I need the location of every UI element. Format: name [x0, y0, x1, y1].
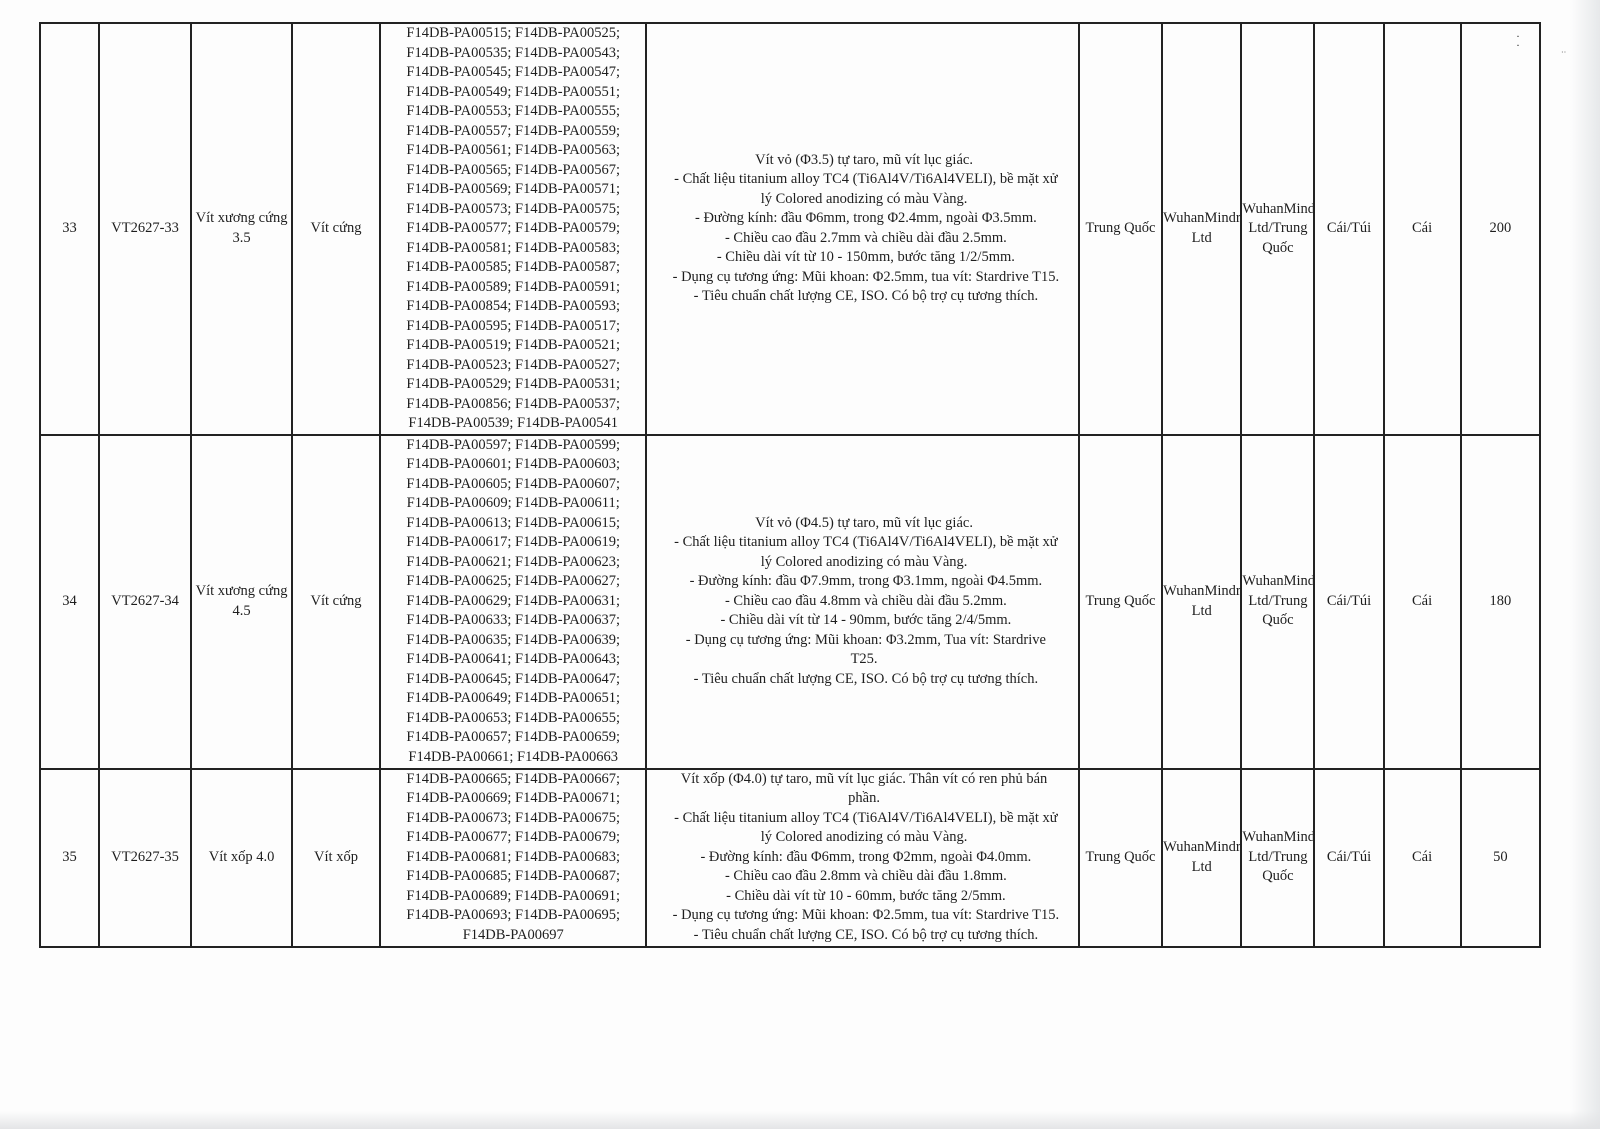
text-line: Vít vỏ (Φ4.5) tự taro, mũ vít lục giác. [650, 514, 1078, 534]
text-line: F14DB-PA00677; F14DB-PA00679; [381, 828, 645, 848]
text-line: - Đường kính: đầu Φ6mm, trong Φ2mm, ngoà… [650, 848, 1078, 868]
text-line: F14DB-PA00854; F14DB-PA00593; [381, 297, 645, 317]
manufacturer-lines: WuhanMindrayScientificCo., Ltd [1163, 209, 1240, 248]
table-row: 33 VT2627-33 Vít xương cứng 3.5 Vít cứng… [40, 23, 1540, 435]
catalog-codes: F14DB-PA00515; F14DB-PA00525;F14DB-PA005… [380, 23, 646, 435]
text-line: F14DB-PA00673; F14DB-PA00675; [381, 809, 645, 829]
scan-edge-shadow-right [1570, 0, 1600, 1129]
description-lines: Vít vỏ (Φ3.5) tự taro, mũ vít lục giác. … [650, 151, 1078, 307]
text-line: - Chiều dài vít từ 10 - 150mm, bước tăng… [650, 248, 1078, 268]
group-text: Vít xốp [314, 849, 358, 865]
text-line: F14DB-PA00561; F14DB-PA00563; [381, 141, 645, 161]
quantity: 180 [1461, 435, 1540, 769]
text-line: F14DB-PA00535; F14DB-PA00543; [381, 44, 645, 64]
group-text: Vít cứng [311, 220, 362, 236]
text-line: F14DB-PA00519; F14DB-PA00521; [381, 336, 645, 356]
text-line: Wuhan [1242, 573, 1283, 589]
text-line: F14DB-PA00617; F14DB-PA00619; [381, 533, 645, 553]
text-line: - Chất liệu titanium alloy TC4 (Ti6Al4V/… [650, 170, 1078, 190]
quantity-text: 200 [1489, 220, 1511, 236]
text-line: F14DB-PA00621; F14DB-PA00623; [381, 553, 645, 573]
packing-spec: Cái/Túi [1314, 23, 1383, 435]
text-line: F14DB-PA00649; F14DB-PA00651; [381, 689, 645, 709]
text-line: F14DB-PA00689; F14DB-PA00691; [381, 887, 645, 907]
no-text: 33 [62, 220, 77, 236]
text-line: Mindray [1204, 583, 1241, 599]
no-text: 34 [62, 593, 77, 609]
text-line: F14DB-PA00597; F14DB-PA00599; [381, 436, 645, 456]
description-lines: Vít xốp (Φ4.0) tự taro, mũ vít lục giác.… [650, 770, 1078, 946]
unit-text: Cái [1412, 849, 1432, 865]
description-lines: Vít vỏ (Φ4.5) tự taro, mũ vít lục giác. … [650, 514, 1078, 690]
item-name: Vít xốp 4.0 [191, 769, 292, 947]
origin-text: Trung Quốc [1086, 849, 1156, 865]
text-line: F14DB-PA00585; F14DB-PA00587; [381, 258, 645, 278]
text-line: F14DB-PA00645; F14DB-PA00647; [381, 670, 645, 690]
text-line: - Tiêu chuẩn chất lượng CE, ISO. Có bộ t… [650, 926, 1078, 946]
owner-lines: WuhanMindrayScientificCo., Ltd/Trung Quố… [1242, 572, 1313, 631]
text-line: F14DB-PA00693; F14DB-PA00695; [381, 906, 645, 926]
text-line: F14DB-PA00609; F14DB-PA00611; [381, 494, 645, 514]
text-line: - Chất liệu titanium alloy TC4 (Ti6Al4V/… [650, 809, 1078, 829]
text-line: Mindray [1284, 201, 1315, 217]
table-row: 35 VT2627-35 Vít xốp 4.0 Vít xốp F14DB-P… [40, 769, 1540, 947]
text-line: F14DB-PA00635; F14DB-PA00639; [381, 631, 645, 651]
catalog-codes: F14DB-PA00665; F14DB-PA00667;F14DB-PA006… [380, 769, 646, 947]
product-owner: WuhanMindrayScientificCo., Ltd/Trung Quố… [1241, 769, 1314, 947]
text-line: lý Colored anodizing có màu Vàng. [650, 190, 1078, 210]
manufacturer-lines: WuhanMindrayScientificCo., Ltd [1163, 838, 1240, 877]
item-group: Vít cứng [292, 23, 380, 435]
packing-text: Cái/Túi [1327, 849, 1371, 865]
table-row: 34 VT2627-34 Vít xương cứng 4.5 Vít cứng… [40, 435, 1540, 769]
scan-speck-mark: ·· [1561, 48, 1566, 57]
text-line: F14DB-PA00629; F14DB-PA00631; [381, 592, 645, 612]
quantity-text: 50 [1493, 849, 1508, 865]
text-line: F14DB-PA00557; F14DB-PA00559; [381, 122, 645, 142]
item-group: Vít cứng [292, 435, 380, 769]
technical-description: Vít vỏ (Φ3.5) tự taro, mũ vít lục giác. … [646, 23, 1079, 435]
text-line: Wuhan [1163, 583, 1204, 599]
text-line: F14DB-PA00581; F14DB-PA00583; [381, 239, 645, 259]
quantity: 50 [1461, 769, 1540, 947]
text-line: F14DB-PA00633; F14DB-PA00637; [381, 611, 645, 631]
text-line: F14DB-PA00589; F14DB-PA00591; [381, 278, 645, 298]
text-line: lý Colored anodizing có màu Vàng. [650, 553, 1078, 573]
name-text: Vít xương cứng 4.5 [196, 583, 288, 619]
country-of-origin: Trung Quốc [1079, 23, 1162, 435]
manufacturer: WuhanMindrayScientificCo., Ltd [1162, 435, 1241, 769]
item-name: Vít xương cứng 4.5 [191, 435, 292, 769]
text-line: Wuhan [1242, 829, 1283, 845]
text-line: T25. [650, 650, 1078, 670]
unit: Cái [1384, 769, 1461, 947]
scan-edge-shadow-bottom [0, 1111, 1600, 1129]
text-line: Mindray [1284, 829, 1315, 845]
quantity: 200 [1461, 23, 1540, 435]
text-line: F14DB-PA00665; F14DB-PA00667; [381, 770, 645, 790]
catalog-codes: F14DB-PA00597; F14DB-PA00599;F14DB-PA006… [380, 435, 646, 769]
unit-text: Cái [1412, 593, 1432, 609]
country-of-origin: Trung Quốc [1079, 435, 1162, 769]
technical-description: Vít vỏ (Φ4.5) tự taro, mũ vít lục giác. … [646, 435, 1079, 769]
text-line: F14DB-PA00569; F14DB-PA00571; [381, 180, 645, 200]
unit: Cái [1384, 23, 1461, 435]
unit-text: Cái [1412, 220, 1432, 236]
text-line: F14DB-PA00657; F14DB-PA00659; [381, 728, 645, 748]
text-line: - Chiều dài vít từ 10 - 60mm, bước tăng … [650, 887, 1078, 907]
text-line: F14DB-PA00573; F14DB-PA00575; [381, 200, 645, 220]
text-line: F14DB-PA00856; F14DB-PA00537; [381, 395, 645, 415]
catalog-codes-lines: F14DB-PA00515; F14DB-PA00525;F14DB-PA005… [381, 24, 645, 434]
origin-text: Trung Quốc [1086, 593, 1156, 609]
row-number: 34 [40, 435, 99, 769]
code-text: VT2627-33 [111, 220, 179, 236]
product-owner: WuhanMindrayScientificCo., Ltd/Trung Quố… [1241, 435, 1314, 769]
packing-spec: Cái/Túi [1314, 435, 1383, 769]
text-line: F14DB-PA00681; F14DB-PA00683; [381, 848, 645, 868]
text-line: F14DB-PA00529; F14DB-PA00531; [381, 375, 645, 395]
text-line: F14DB-PA00625; F14DB-PA00627; [381, 572, 645, 592]
owner-lines: WuhanMindrayScientificCo., Ltd/Trung Quố… [1242, 828, 1313, 887]
text-line: F14DB-PA00595; F14DB-PA00517; [381, 317, 645, 337]
scan-speck-mark: ·· [1516, 32, 1520, 50]
technical-description: Vít xốp (Φ4.0) tự taro, mũ vít lục giác.… [646, 769, 1079, 947]
catalog-codes-lines: F14DB-PA00665; F14DB-PA00667;F14DB-PA006… [381, 770, 645, 946]
text-line: - Đường kính: đầu Φ6mm, trong Φ2.4mm, ng… [650, 209, 1078, 229]
text-line: F14DB-PA00661; F14DB-PA00663 [381, 748, 645, 768]
text-line: F14DB-PA00613; F14DB-PA00615; [381, 514, 645, 534]
origin-text: Trung Quốc [1086, 220, 1156, 236]
name-text: Vít xốp 4.0 [209, 849, 275, 865]
text-line: - Đường kính: đầu Φ7.9mm, trong Φ3.1mm, … [650, 572, 1078, 592]
row-number: 33 [40, 23, 99, 435]
text-line: Vít xốp (Φ4.0) tự taro, mũ vít lục giác.… [650, 770, 1078, 790]
text-line: - Chiều cao đầu 2.7mm và chiều dài đầu 2… [650, 229, 1078, 249]
text-line: - Dụng cụ tương ứng: Mũi khoan: Φ3.2mm, … [650, 631, 1078, 651]
text-line: F14DB-PA00697 [381, 926, 645, 946]
product-owner: WuhanMindrayScientificCo., Ltd/Trung Quố… [1241, 23, 1314, 435]
item-code: VT2627-34 [99, 435, 191, 769]
manufacturer: WuhanMindrayScientificCo., Ltd [1162, 769, 1241, 947]
text-line: - Dụng cụ tương ứng: Mũi khoan: Φ2.5mm, … [650, 268, 1078, 288]
name-text: Vít xương cứng 3.5 [196, 210, 288, 246]
item-name: Vít xương cứng 3.5 [191, 23, 292, 435]
text-line: Wuhan [1163, 839, 1204, 855]
packing-text: Cái/Túi [1327, 220, 1371, 236]
text-line: - Chiều dài vít từ 14 - 90mm, bước tăng … [650, 611, 1078, 631]
text-line: - Chiều cao đầu 4.8mm và chiều dài đầu 5… [650, 592, 1078, 612]
text-line: Wuhan [1242, 201, 1283, 217]
text-line: F14DB-PA00539; F14DB-PA00541 [381, 414, 645, 434]
text-line: Vít vỏ (Φ3.5) tự taro, mũ vít lục giác. [650, 151, 1078, 171]
no-text: 35 [62, 849, 77, 865]
group-text: Vít cứng [311, 593, 362, 609]
owner-lines: WuhanMindrayScientificCo., Ltd/Trung Quố… [1242, 200, 1313, 259]
text-line: F14DB-PA00549; F14DB-PA00551; [381, 83, 645, 103]
text-line: F14DB-PA00601; F14DB-PA00603; [381, 455, 645, 475]
text-line: - Dụng cụ tương ứng: Mũi khoan: Φ2.5mm, … [650, 906, 1078, 926]
text-line: - Chiều cao đầu 2.8mm và chiều dài đầu 1… [650, 867, 1078, 887]
code-text: VT2627-35 [111, 849, 179, 865]
catalog-codes-lines: F14DB-PA00597; F14DB-PA00599;F14DB-PA006… [381, 436, 645, 768]
text-line: Mindray [1204, 210, 1241, 226]
text-line: phần. [650, 789, 1078, 809]
item-code: VT2627-35 [99, 769, 191, 947]
text-line: F14DB-PA00669; F14DB-PA00671; [381, 789, 645, 809]
text-line: F14DB-PA00685; F14DB-PA00687; [381, 867, 645, 887]
text-line: F14DB-PA00565; F14DB-PA00567; [381, 161, 645, 181]
text-line: F14DB-PA00641; F14DB-PA00643; [381, 650, 645, 670]
quantity-text: 180 [1489, 593, 1511, 609]
product-spec-table: 33 VT2627-33 Vít xương cứng 3.5 Vít cứng… [39, 22, 1541, 948]
text-line: F14DB-PA00605; F14DB-PA00607; [381, 475, 645, 495]
item-group: Vít xốp [292, 769, 380, 947]
text-line: Mindray [1284, 573, 1315, 589]
manufacturer-lines: WuhanMindrayScientificCo., Ltd [1163, 582, 1240, 621]
text-line: Wuhan [1163, 210, 1204, 226]
packing-text: Cái/Túi [1327, 593, 1371, 609]
text-line: lý Colored anodizing có màu Vàng. [650, 828, 1078, 848]
text-line: F14DB-PA00523; F14DB-PA00527; [381, 356, 645, 376]
text-line: - Tiêu chuẩn chất lượng CE, ISO. Có bộ t… [650, 670, 1078, 690]
text-line: F14DB-PA00653; F14DB-PA00655; [381, 709, 645, 729]
text-line: F14DB-PA00577; F14DB-PA00579; [381, 219, 645, 239]
row-number: 35 [40, 769, 99, 947]
text-line: Mindray [1204, 839, 1241, 855]
unit: Cái [1384, 435, 1461, 769]
text-line: - Tiêu chuẩn chất lượng CE, ISO. Có bộ t… [650, 287, 1078, 307]
packing-spec: Cái/Túi [1314, 769, 1383, 947]
code-text: VT2627-34 [111, 593, 179, 609]
text-line: F14DB-PA00553; F14DB-PA00555; [381, 102, 645, 122]
country-of-origin: Trung Quốc [1079, 769, 1162, 947]
text-line: - Chất liệu titanium alloy TC4 (Ti6Al4V/… [650, 533, 1078, 553]
item-code: VT2627-33 [99, 23, 191, 435]
text-line: F14DB-PA00545; F14DB-PA00547; [381, 63, 645, 83]
text-line: F14DB-PA00515; F14DB-PA00525; [381, 24, 645, 44]
manufacturer: WuhanMindrayScientificCo., Ltd [1162, 23, 1241, 435]
